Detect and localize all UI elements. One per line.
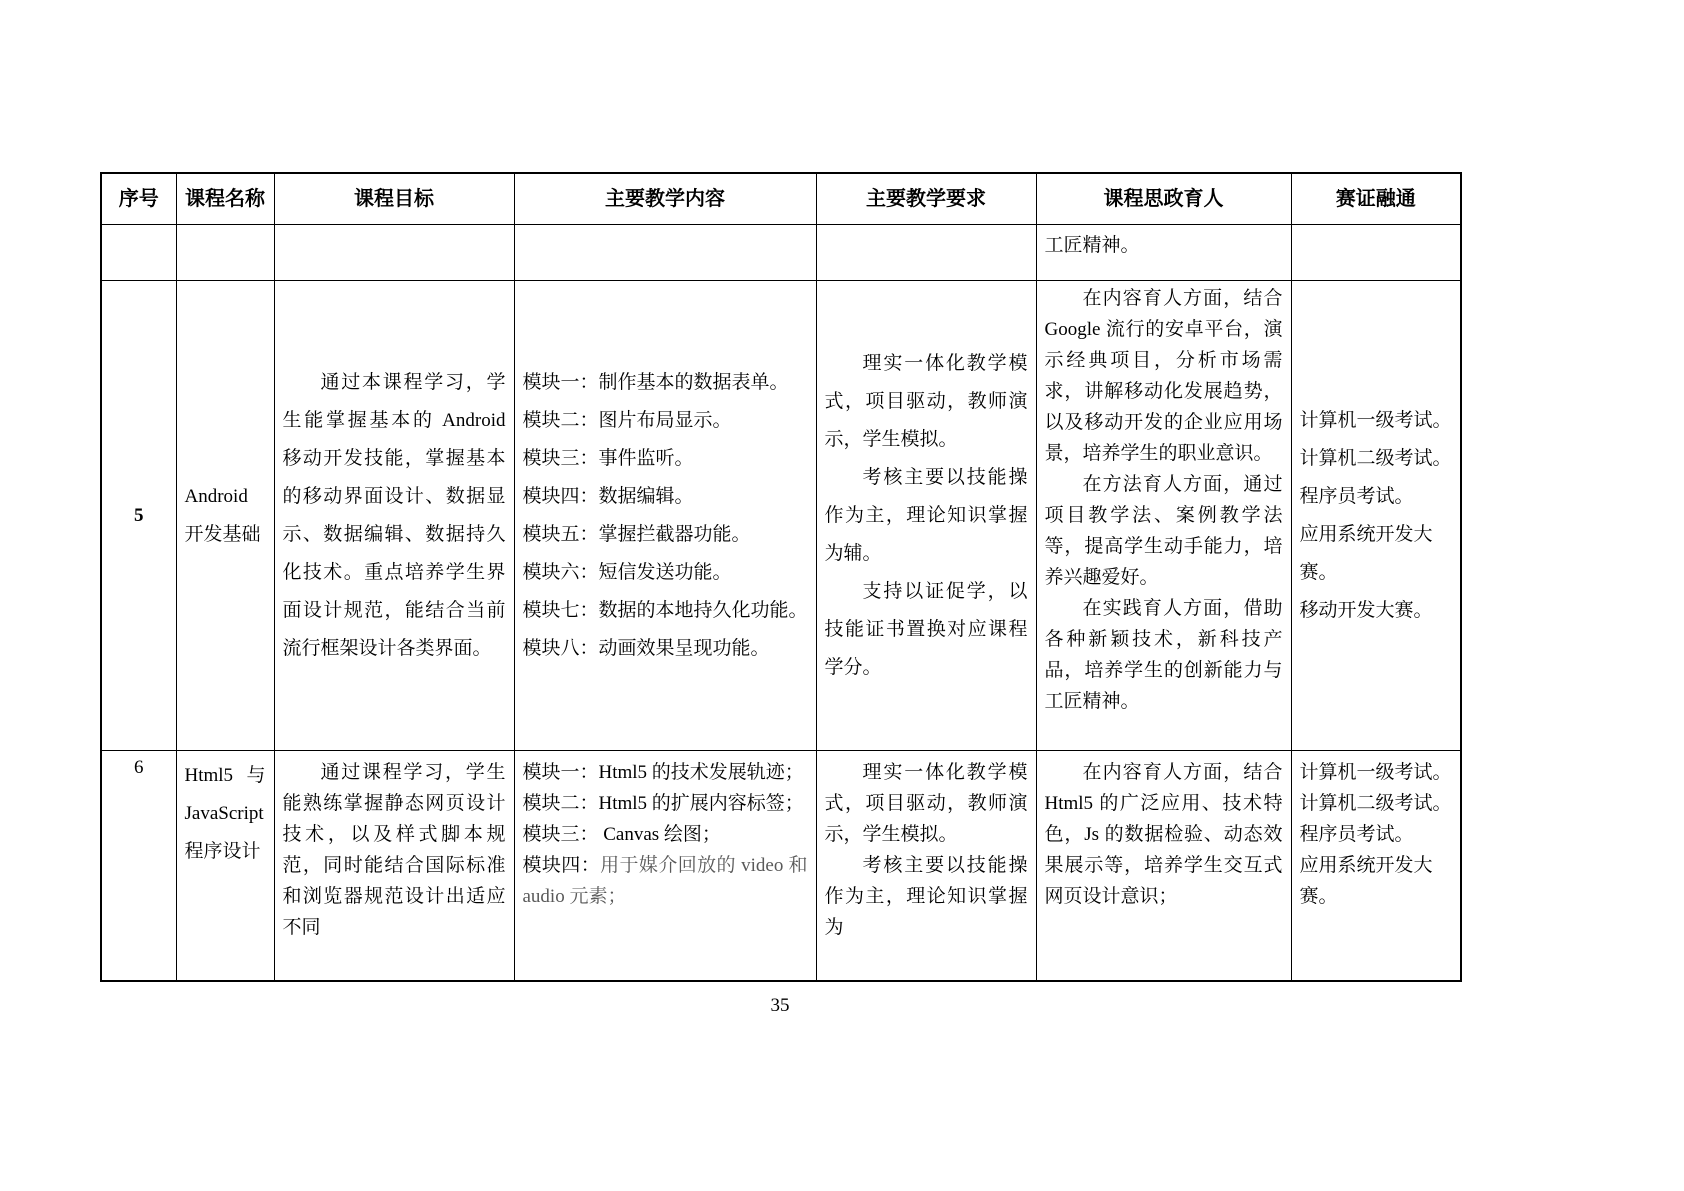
requirement-paragraph: 考核主要以技能操作为主，理论知识掌握为辅。	[825, 459, 1028, 573]
header-ideology-education: 课程思政育人	[1036, 173, 1291, 225]
cell-objective-6: 通过课程学习，学生能熟练掌握静态网页设计技术，以及样式脚本规范，同时能结合国际标…	[274, 751, 514, 981]
cell-serial-5: 5	[101, 281, 176, 751]
table-row-course-5: 5 Android 开发基础 通过本课程学习，学生能掌握基本的 Android …	[101, 281, 1461, 751]
cell-certs-6: 计算机一级考试。 计算机二级考试。 程序员考试。 应用系统开发大赛。	[1291, 751, 1461, 981]
cell-content-5: 模块一：制作基本的数据表单。 模块二：图片布局显示。 模块三：事件监听。 模块四…	[514, 281, 816, 751]
requirement-paragraph: 理实一体化教学模式，项目驱动，教师演示，学生模拟。	[825, 757, 1028, 850]
cell-requirements-5: 理实一体化教学模式，项目驱动，教师演示，学生模拟。 考核主要以技能操作为主，理论…	[816, 281, 1036, 751]
carryover-cell-certs	[1291, 225, 1461, 281]
cell-serial-6: 6	[101, 751, 176, 981]
carryover-cell-name	[176, 225, 274, 281]
carryover-cell-objective	[274, 225, 514, 281]
header-course-objective: 课程目标	[274, 173, 514, 225]
cell-certs-5: 计算机一级考试。 计算机二级考试。 程序员考试。 应用系统开发大赛。 移动开发大…	[1291, 281, 1461, 751]
page-number: 35	[100, 995, 1460, 1017]
header-row: 序号 课程名称 课程目标 主要教学内容 主要教学要求 课程思政育人 赛证融通	[101, 173, 1461, 225]
carryover-cell-ideology: 工匠精神。	[1036, 225, 1291, 281]
document-page: 序号 课程名称 课程目标 主要教学内容 主要教学要求 课程思政育人 赛证融通 工…	[0, 0, 1684, 1191]
objective-paragraph: 通过本课程学习，学生能掌握基本的 Android 移动开发技能，掌握基本的移动界…	[283, 364, 506, 668]
module4-label: 模块四：	[523, 855, 601, 876]
requirement-paragraph: 理实一体化教学模式，项目驱动，教师演示，学生模拟。	[825, 345, 1028, 459]
ideology-paragraph: 在实践育人方面，借助各种新颖技术，新科技产品，培养学生的创新能力与工匠精神。	[1045, 593, 1283, 717]
certs-lines: 计算机一级考试。 计算机二级考试。 程序员考试。 应用系统开发大赛。 移动开发大…	[1300, 402, 1453, 630]
cell-requirements-6: 理实一体化教学模式，项目驱动，教师演示，学生模拟。 考核主要以技能操作为主，理论…	[816, 751, 1036, 981]
cell-objective-5: 通过本课程学习，学生能掌握基本的 Android 移动开发技能，掌握基本的移动界…	[274, 281, 514, 751]
ideology-paragraph: 在方法育人方面，通过项目教学法、案例教学法等，提高学生动手能力，培养兴趣爱好。	[1045, 469, 1283, 593]
carryover-cell-requirements	[816, 225, 1036, 281]
cell-ideology-6: 在内容育人方面，结合 Html5 的广泛应用、技术特色，Js 的数据检验、动态效…	[1036, 751, 1291, 981]
content-module-lines: 模块一：制作基本的数据表单。 模块二：图片布局显示。 模块三：事件监听。 模块四…	[523, 364, 808, 668]
requirement-paragraph: 支持以证促学，以技能证书置换对应课程学分。	[825, 573, 1028, 687]
table-row-course-6: 6 Html5 与 JavaScript 程序设计 通过课程学习，学生能熟练掌握…	[101, 751, 1461, 981]
content-module4-line: 模块四：用于媒介回放的 video 和 audio 元素；	[523, 850, 808, 912]
cell-ideology-5: 在内容育人方面，结合 Google 流行的安卓平台，演示经典项目，分析市场需求，…	[1036, 281, 1291, 751]
requirement-paragraph: 考核主要以技能操作为主，理论知识掌握为	[825, 850, 1028, 943]
objective-paragraph: 通过课程学习，学生能熟练掌握静态网页设计技术，以及样式脚本规范，同时能结合国际标…	[283, 757, 506, 943]
header-teaching-requirements: 主要教学要求	[816, 173, 1036, 225]
ideology-paragraph: 在内容育人方面，结合 Google 流行的安卓平台，演示经典项目，分析市场需求，…	[1045, 283, 1283, 469]
carryover-cell-content	[514, 225, 816, 281]
header-course-name: 课程名称	[176, 173, 274, 225]
certs-lines: 计算机一级考试。 计算机二级考试。 程序员考试。 应用系统开发大赛。	[1300, 757, 1453, 912]
header-teaching-content: 主要教学内容	[514, 173, 816, 225]
ideology-paragraph: 在内容育人方面，结合 Html5 的广泛应用、技术特色，Js 的数据检验、动态效…	[1045, 757, 1283, 912]
content-module-lines: 模块一：Html5 的技术发展轨迹； 模块二：Html5 的扩展内容标签； 模块…	[523, 757, 808, 850]
cell-course-name-5: Android 开发基础	[176, 281, 274, 751]
cell-course-name-6: Html5 与 JavaScript 程序设计	[176, 751, 274, 981]
header-competition-certificate: 赛证融通	[1291, 173, 1461, 225]
header-serial: 序号	[101, 173, 176, 225]
carryover-row: 工匠精神。	[101, 225, 1461, 281]
curriculum-table: 序号 课程名称 课程目标 主要教学内容 主要教学要求 课程思政育人 赛证融通 工…	[100, 172, 1462, 982]
carryover-cell-serial	[101, 225, 176, 281]
cell-content-6: 模块一：Html5 的技术发展轨迹； 模块二：Html5 的扩展内容标签； 模块…	[514, 751, 816, 981]
